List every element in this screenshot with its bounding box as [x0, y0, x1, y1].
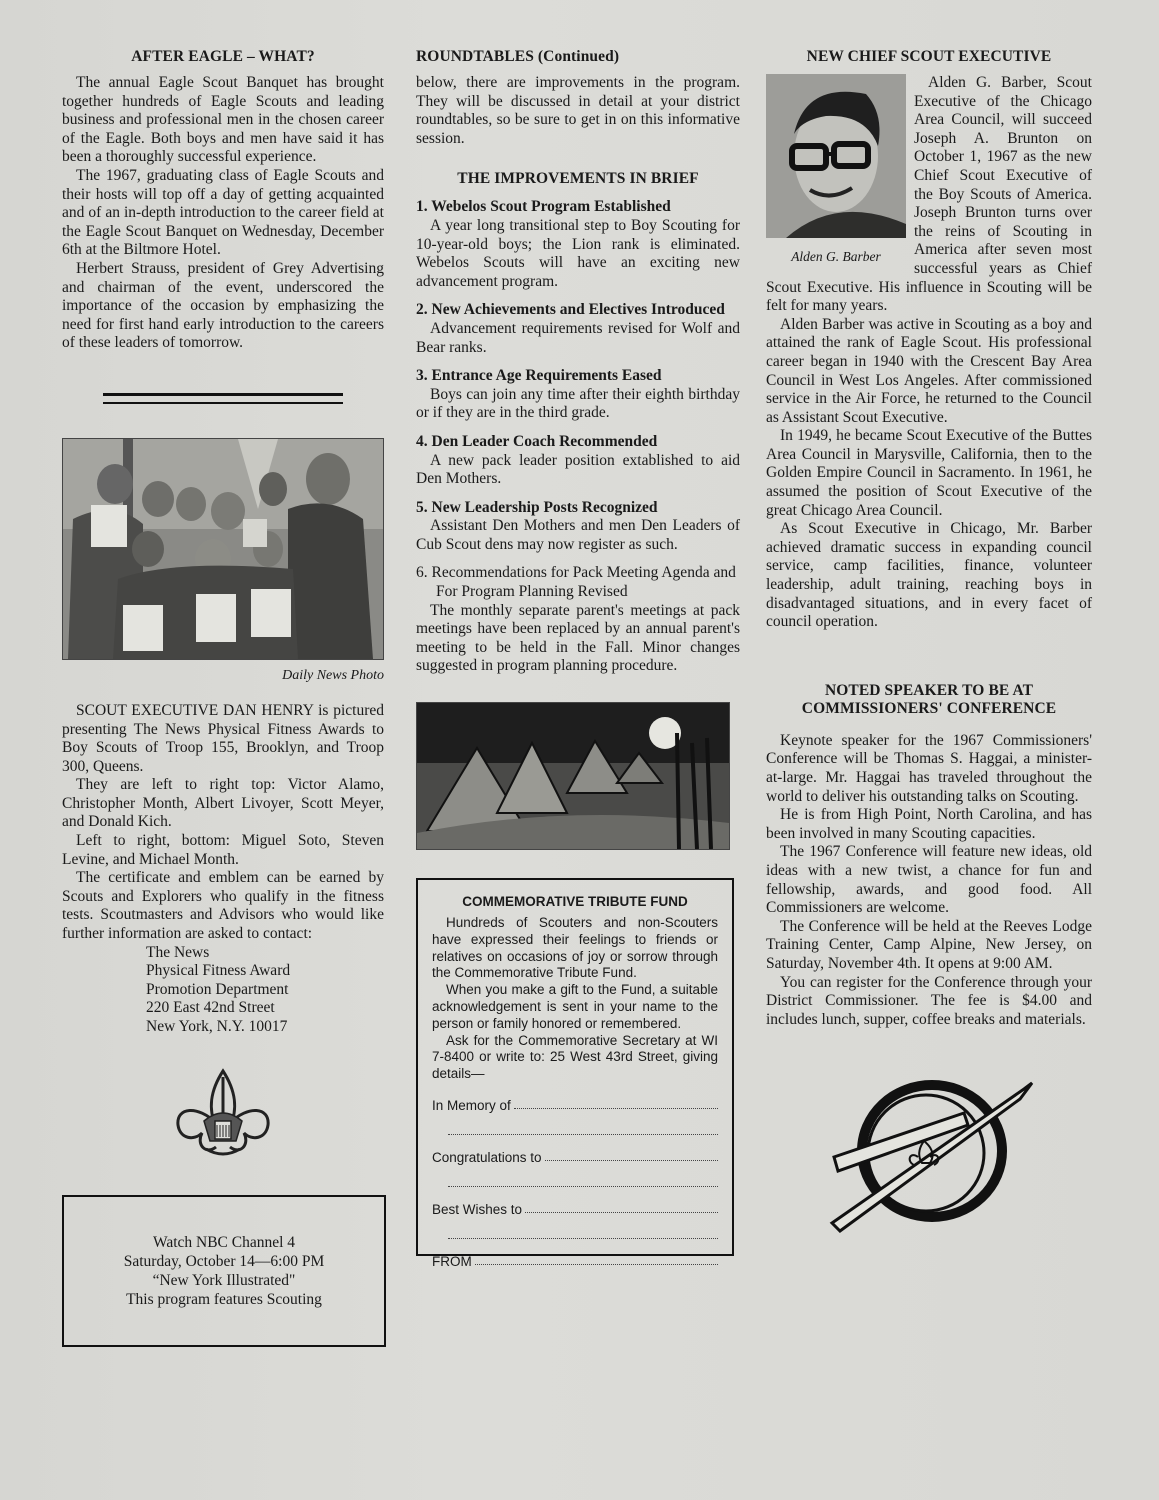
- tv-notice-line: “New York Illustrated": [64, 1271, 384, 1290]
- scouts-award-photo: [62, 438, 384, 660]
- in-memory-of-field-continued[interactable]: [432, 1117, 718, 1139]
- in-memory-of-field[interactable]: In Memory of: [432, 1091, 718, 1113]
- address-line: 220 East 42nd Street: [146, 999, 384, 1018]
- article-paragraph: They are left to right top: Victor Alamo…: [62, 776, 384, 832]
- improvement-title: 2. New Achievements and Electives Introd…: [416, 301, 740, 320]
- dotted-line: [448, 1186, 718, 1187]
- dotted-line: [545, 1160, 718, 1161]
- best-wishes-to-field[interactable]: Best Wishes to: [432, 1195, 718, 1217]
- double-rule-divider: [103, 393, 343, 404]
- field-label: Congratulations to: [432, 1150, 542, 1165]
- nbc-program-notice-box: Watch NBC Channel 4 Saturday, October 14…: [62, 1195, 386, 1347]
- improvement-title: 1. Webelos Scout Program Established: [416, 198, 740, 217]
- article-paragraph: In 1949, he became Scout Executive of th…: [766, 427, 1092, 520]
- address-line: The News: [146, 944, 384, 963]
- alden-barber-portrait: Alden G. Barber: [766, 74, 906, 265]
- dotted-line: [514, 1108, 718, 1109]
- article-paragraph: Keynote speaker for the 1967 Commissione…: [766, 732, 1092, 806]
- tv-notice-line: Watch NBC Channel 4: [64, 1233, 384, 1252]
- dotted-line: [448, 1238, 718, 1239]
- field-label: Best Wishes to: [432, 1202, 522, 1217]
- middle-column: ROUNDTABLES (Continued) below, there are…: [416, 48, 740, 1256]
- address-line: Physical Fitness Award: [146, 962, 384, 981]
- tents-campsite-icon: [417, 703, 729, 849]
- tv-notice-line: Saturday, October 14—6:00 PM: [64, 1252, 384, 1271]
- campsite-illustration: [416, 702, 730, 850]
- article-paragraph: SCOUT EXECUTIVE DAN HENRY is pictured pr…: [62, 702, 384, 776]
- article-paragraph: The 1967 Conference will feature new ide…: [766, 843, 1092, 917]
- article-paragraph: Left to right, bottom: Miguel Soto, Stev…: [62, 832, 384, 869]
- portrait-caption: Alden G. Barber: [766, 249, 906, 265]
- newsletter-page: AFTER EAGLE – WHAT? The annual Eagle Sco…: [0, 0, 1159, 1500]
- improvements-subheadline: THE IMPROVEMENTS IN BRIEF: [416, 170, 740, 188]
- roundtables-headline: ROUNDTABLES (Continued): [416, 48, 740, 66]
- from-field[interactable]: FROM: [432, 1247, 718, 1269]
- article-paragraph: He is from High Point, North Carolina, a…: [766, 806, 1092, 843]
- address-line: New York, N.Y. 10017: [146, 1018, 384, 1037]
- article-paragraph: Alden Barber was active in Scouting as a…: [766, 316, 1092, 428]
- improvement-title: 4. Den Leader Coach Recommended: [416, 433, 740, 452]
- right-column: NEW CHIEF SCOUT EXECUTIVE Alden G. Barbe…: [766, 48, 1092, 1233]
- scouts-group-photo-icon: [63, 439, 383, 659]
- tribute-title: COMMEMORATIVE TRIBUTE FUND: [432, 894, 718, 909]
- improvement-body: The monthly separate parent's meetings a…: [416, 602, 740, 676]
- field-label: In Memory of: [432, 1098, 511, 1113]
- improvement-body: Advancement requirements revised for Wol…: [416, 320, 740, 357]
- tribute-paragraph: Hundreds of Scouters and non-Scouters ha…: [432, 915, 718, 982]
- tribute-paragraph: When you make a gift to the Fund, a suit…: [432, 982, 718, 1032]
- article-paragraph: Herbert Strauss, president of Grey Adver…: [62, 260, 384, 353]
- tribute-paragraph: Ask for the Commemorative Secretary at W…: [432, 1033, 718, 1083]
- article-paragraph: The annual Eagle Scout Banquet has broug…: [62, 74, 384, 167]
- contact-address: The News Physical Fitness Award Promotio…: [62, 944, 384, 1037]
- speaker-headline-line2: COMMISSIONERS' CONFERENCE: [766, 700, 1092, 718]
- chief-scout-headline: NEW CHIEF SCOUT EXECUTIVE: [766, 48, 1092, 66]
- improvement-body: A new pack leader position extablished t…: [416, 452, 740, 489]
- roundtables-intro: below, there are improvements in the pro…: [416, 74, 740, 148]
- commissioner-arrow-ring-emblem-icon: [814, 1073, 1044, 1233]
- improvement-title: 3. Entrance Age Requirements Eased: [416, 367, 740, 386]
- tv-notice-line: This program features Scouting: [64, 1290, 384, 1309]
- congratulations-to-field[interactable]: Congratulations to: [432, 1143, 718, 1165]
- portrait-photo-icon: [766, 74, 906, 238]
- improvement-title: 6. Recommendations for Pack Meeting Agen…: [416, 564, 740, 601]
- improvement-body: Assistant Den Mothers and men Den Leader…: [416, 517, 740, 554]
- dotted-line: [448, 1134, 718, 1135]
- article-paragraph: As Scout Executive in Chicago, Mr. Barbe…: [766, 520, 1092, 632]
- after-eagle-headline: AFTER EAGLE – WHAT?: [62, 48, 384, 66]
- improvement-body: Boys can join any time after their eight…: [416, 386, 740, 423]
- article-paragraph: The 1967, graduating class of Eagle Scou…: [62, 167, 384, 260]
- article-paragraph: You can register for the Conference thro…: [766, 974, 1092, 1030]
- photo-credit: Daily News Photo: [62, 668, 384, 684]
- commemorative-tribute-fund-box: COMMEMORATIVE TRIBUTE FUND Hundreds of S…: [416, 878, 734, 1256]
- improvement-body: A year long transitional step to Boy Sco…: [416, 217, 740, 291]
- congratulations-to-field-continued[interactable]: [432, 1169, 718, 1191]
- article-paragraph: The certificate and emblem can be earned…: [62, 869, 384, 943]
- dotted-line: [525, 1212, 718, 1213]
- left-column: AFTER EAGLE – WHAT? The annual Eagle Sco…: [62, 48, 384, 1347]
- field-label: FROM: [432, 1254, 472, 1269]
- speaker-headline-line1: NOTED SPEAKER TO BE AT: [766, 682, 1092, 700]
- dotted-line: [475, 1264, 718, 1265]
- article-paragraph: The Conference will be held at the Reeve…: [766, 918, 1092, 974]
- best-wishes-to-field-continued[interactable]: [432, 1221, 718, 1243]
- boy-scout-fleur-de-lis-emblem-icon: [168, 1065, 278, 1165]
- address-line: Promotion Department: [146, 981, 384, 1000]
- improvement-title: 5. New Leadership Posts Recognized: [416, 499, 740, 518]
